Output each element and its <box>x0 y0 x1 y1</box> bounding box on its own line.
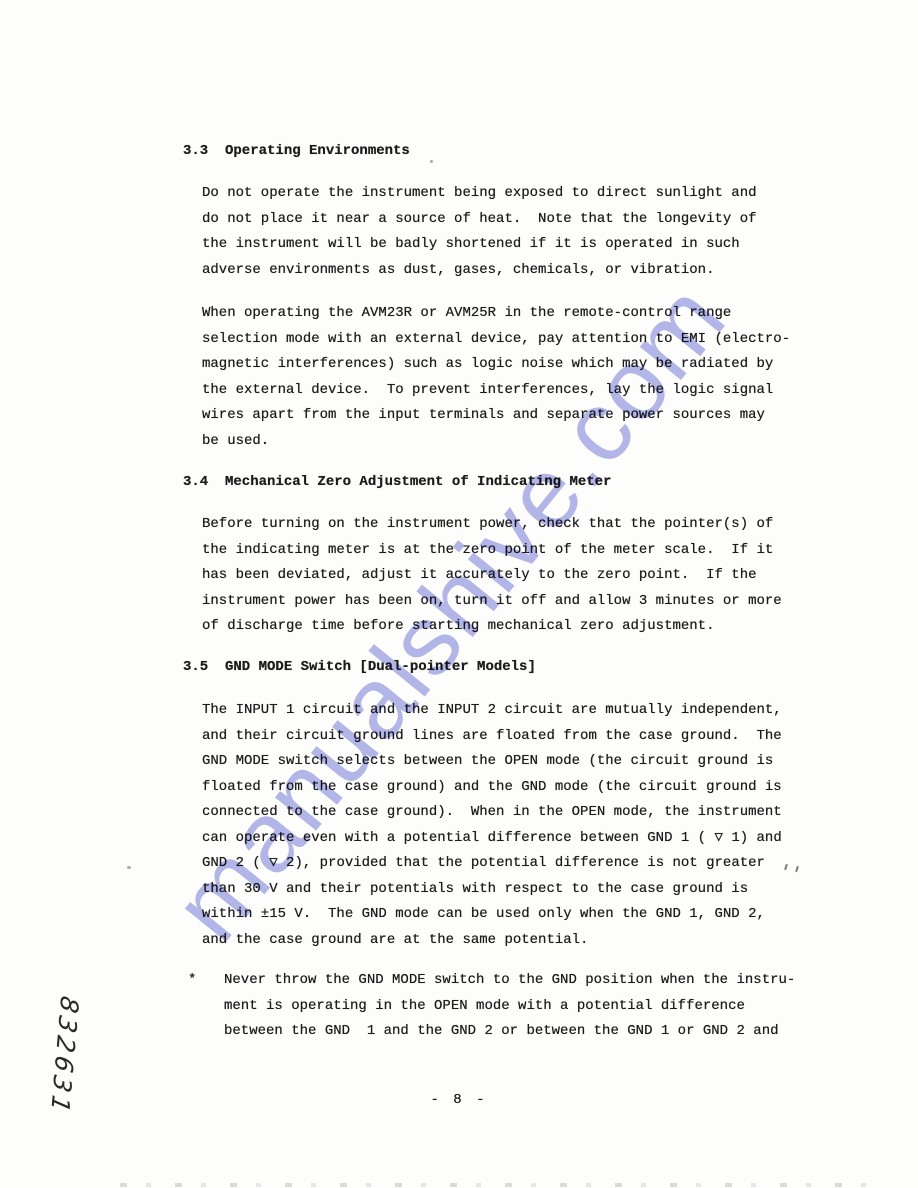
paragraph-3-4-1: Before turning on the instrument power, … <box>202 512 822 640</box>
footnote-text: Never throw the GND MODE switch to the G… <box>224 968 848 1045</box>
scan-speck <box>127 866 131 869</box>
section-heading-3-4: 3.4 Mechanical Zero Adjustment of Indica… <box>183 470 863 496</box>
document-page: 3.3 Operating Environments Do not operat… <box>0 0 918 1188</box>
footnote: * Never throw the GND MODE switch to the… <box>188 968 848 1045</box>
paragraph-3-3-2: When operating the AVM23R or AVM25R in t… <box>202 301 822 454</box>
scan-edge-artifact <box>120 1183 890 1187</box>
footnote-asterisk-marker: * <box>188 968 224 994</box>
paragraph-3-5-1: The INPUT 1 circuit and the INPUT 2 circ… <box>202 698 822 953</box>
section-heading-3-5: 3.5 GND MODE Switch [Dual-pointer Models… <box>183 655 863 681</box>
page-number: - 8 - <box>0 1092 918 1108</box>
scan-speck <box>430 160 433 163</box>
paragraph-3-3-1: Do not operate the instrument being expo… <box>202 181 822 283</box>
section-heading-3-3: 3.3 Operating Environments <box>183 139 863 165</box>
